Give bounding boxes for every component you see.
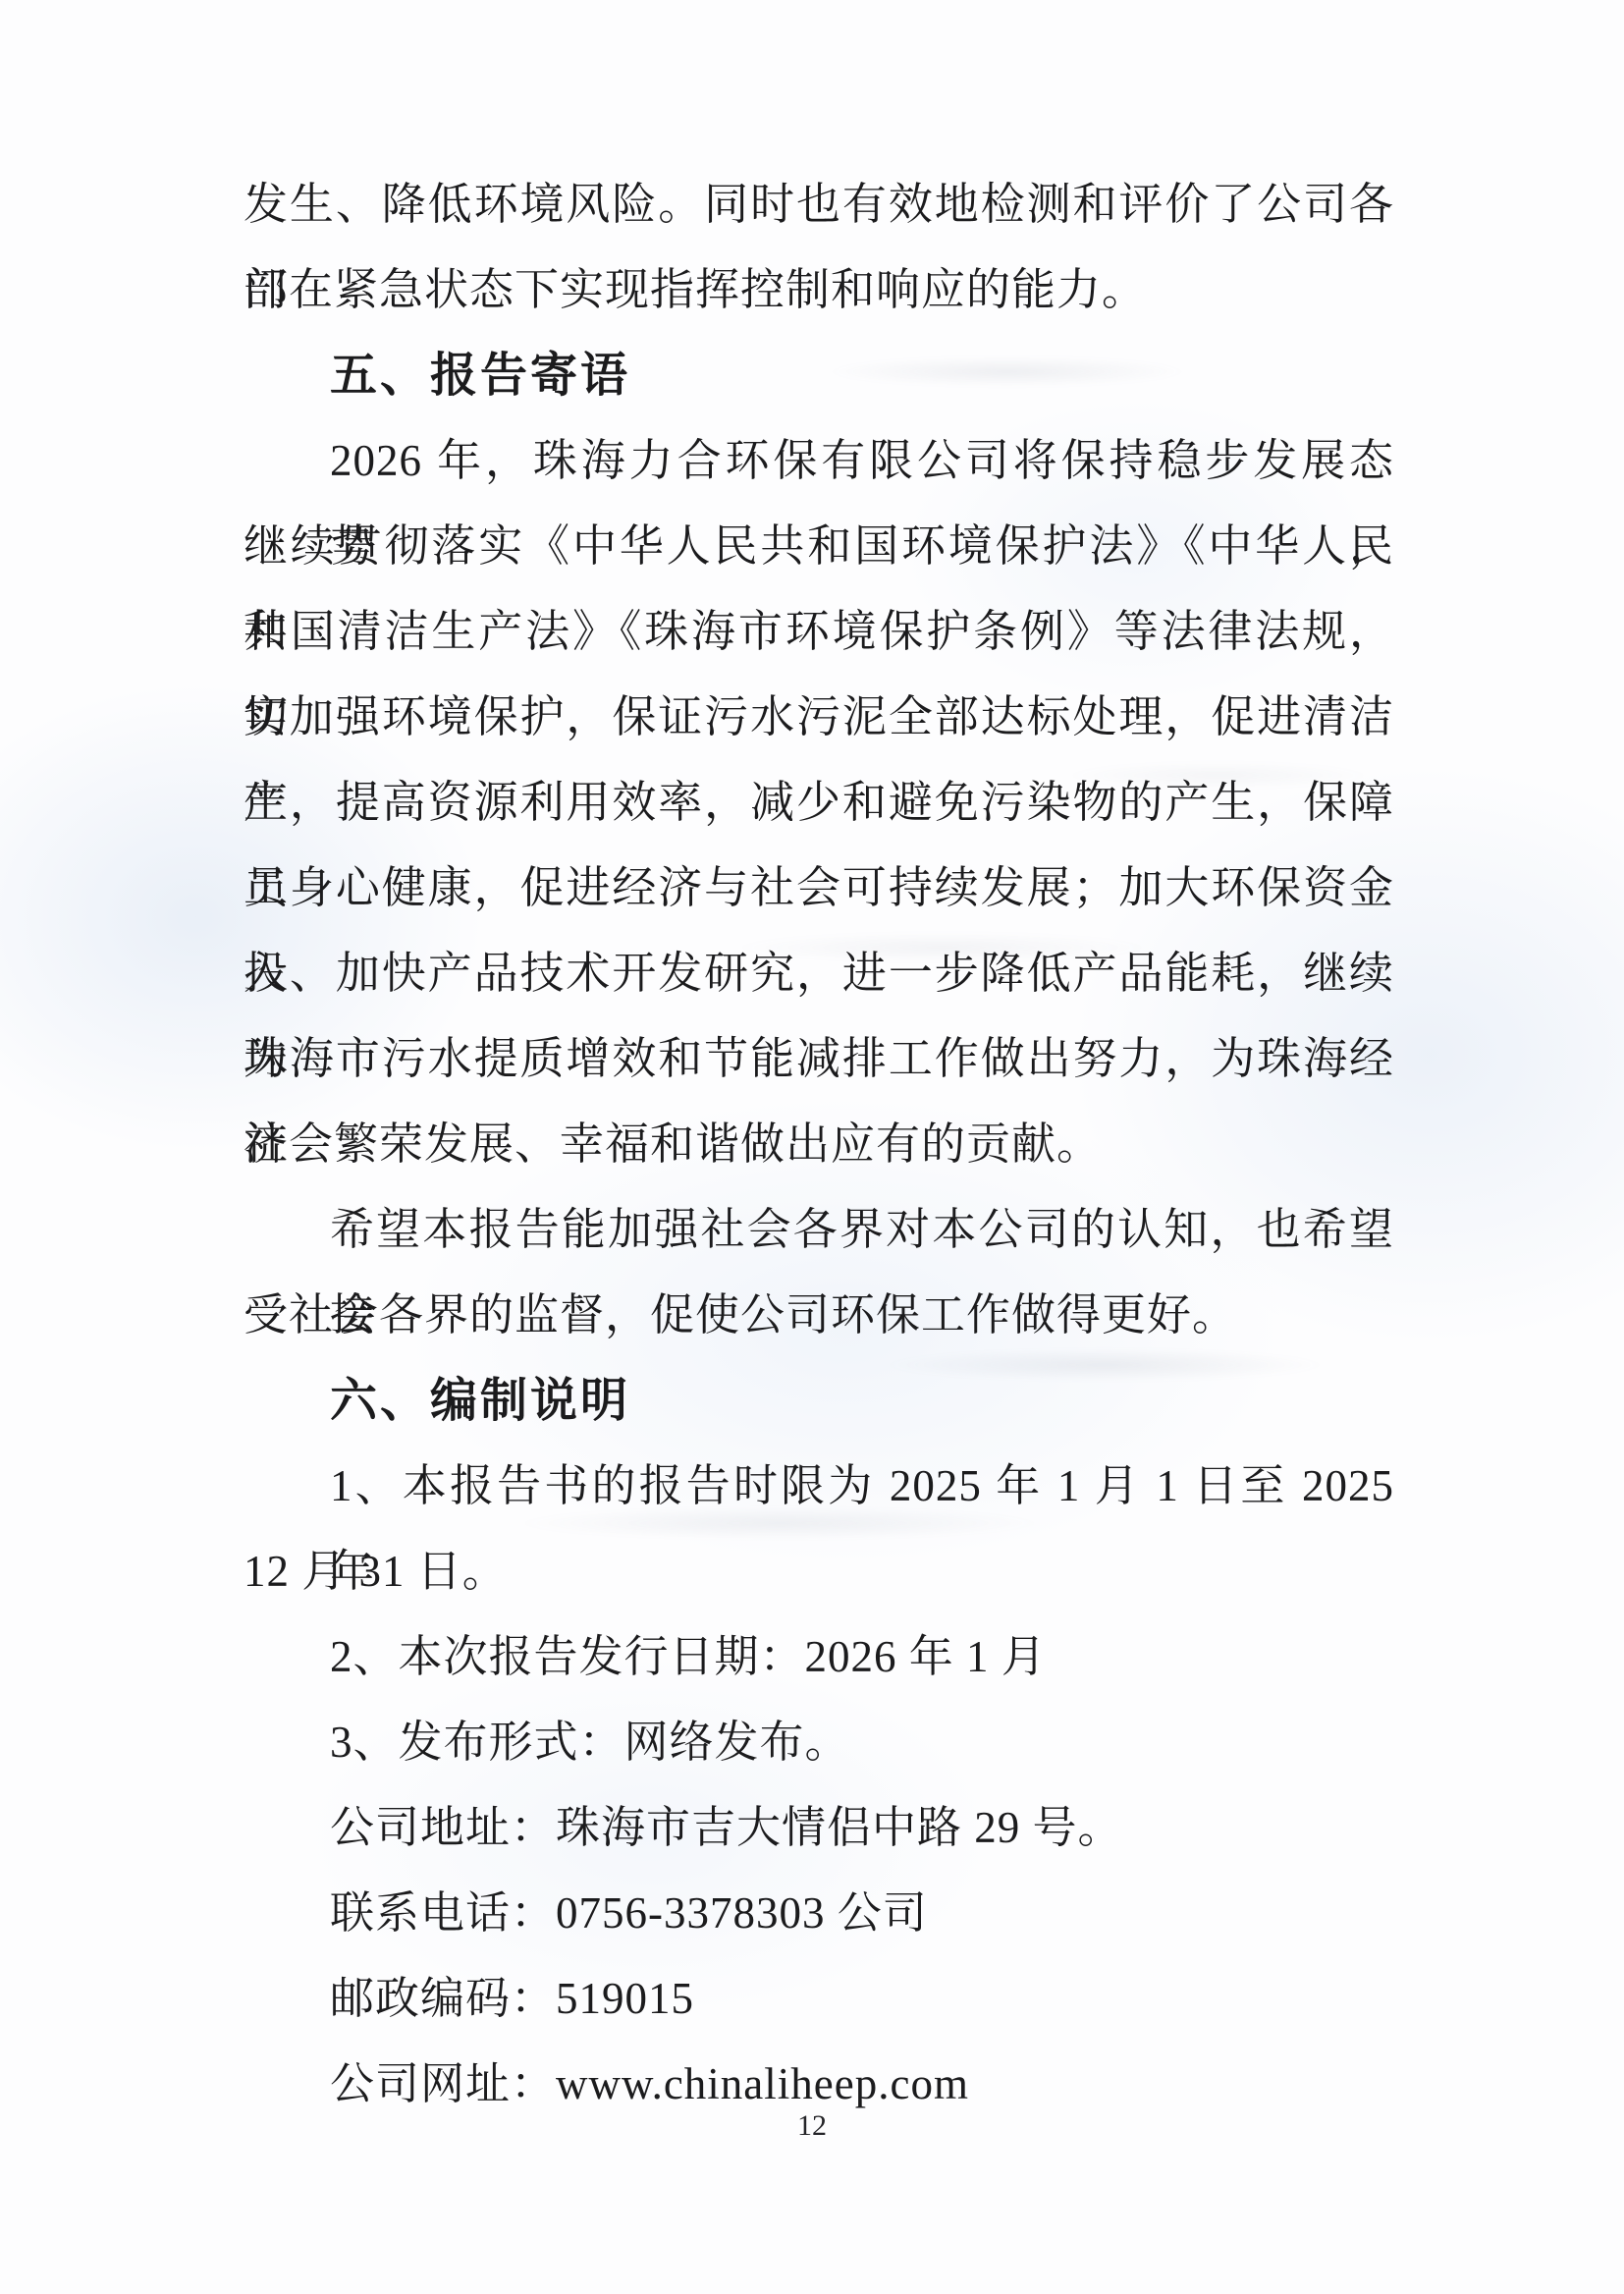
text-line: 和国清洁生产法》《珠海市环境保护条例》等法律法规，切 [244, 589, 1394, 675]
text-line: 工身心健康，促进经济与社会可持续发展；加大环保资金投 [244, 846, 1394, 931]
text-line: 门在紧急状态下实现指挥控制和响应的能力。 [244, 247, 1394, 333]
text-line: 受社会各界的监督，促使公司环保工作做得更好。 [244, 1273, 1394, 1358]
text-line: 继续贯彻落实《中华人民共和国环境保护法》《中华人民共 [244, 504, 1394, 589]
text-line: 邮政编码：519015 [244, 1956, 1394, 2042]
document-page: 发生、降低环境风险。同时也有效地检测和评价了公司各部门在紧急状态下实现指挥控制和… [0, 0, 1624, 2294]
text-line: 联系电话：0756-3378303 公司 [244, 1871, 1394, 1956]
text-line: 产，提高资源利用效率，减少和避免污染物的产生，保障员 [244, 760, 1394, 846]
text-line: 12 月 31 日。 [244, 1529, 1394, 1614]
text-line: 2、本次报告发行日期：2026 年 1 月 [244, 1614, 1394, 1700]
text-line: 实加强环境保护，保证污水污泥全部达标处理，促进清洁生 [244, 675, 1394, 760]
text-line: 发生、降低环境风险。同时也有效地检测和评价了公司各部 [244, 162, 1394, 247]
document-body: 发生、降低环境风险。同时也有效地检测和评价了公司各部门在紧急状态下实现指挥控制和… [244, 162, 1394, 2127]
text-line: 公司地址：珠海市吉大情侣中路 29 号。 [244, 1785, 1394, 1871]
text-line: 社会繁荣发展、幸福和谐做出应有的贡献。 [244, 1102, 1394, 1187]
text-line: 入、加快产品技术开发研究，进一步降低产品能耗，继续为 [244, 931, 1394, 1016]
page-number: 12 [0, 2109, 1624, 2143]
text-line: 珠海市污水提质增效和节能减排工作做出努力，为珠海经济 [244, 1016, 1394, 1102]
section-heading: 五、报告寄语 [244, 333, 1394, 418]
text-line: 希望本报告能加强社会各界对本公司的认知，也希望接 [244, 1187, 1394, 1273]
text-line: 1、本报告书的报告时限为 2025 年 1 月 1 日至 2025 年 [244, 1444, 1394, 1529]
text-line: 2026 年，珠海力合环保有限公司将保持稳步发展态势， [244, 418, 1394, 504]
section-heading: 六、编制说明 [244, 1358, 1394, 1444]
text-line: 3、发布形式：网络发布。 [244, 1700, 1394, 1785]
